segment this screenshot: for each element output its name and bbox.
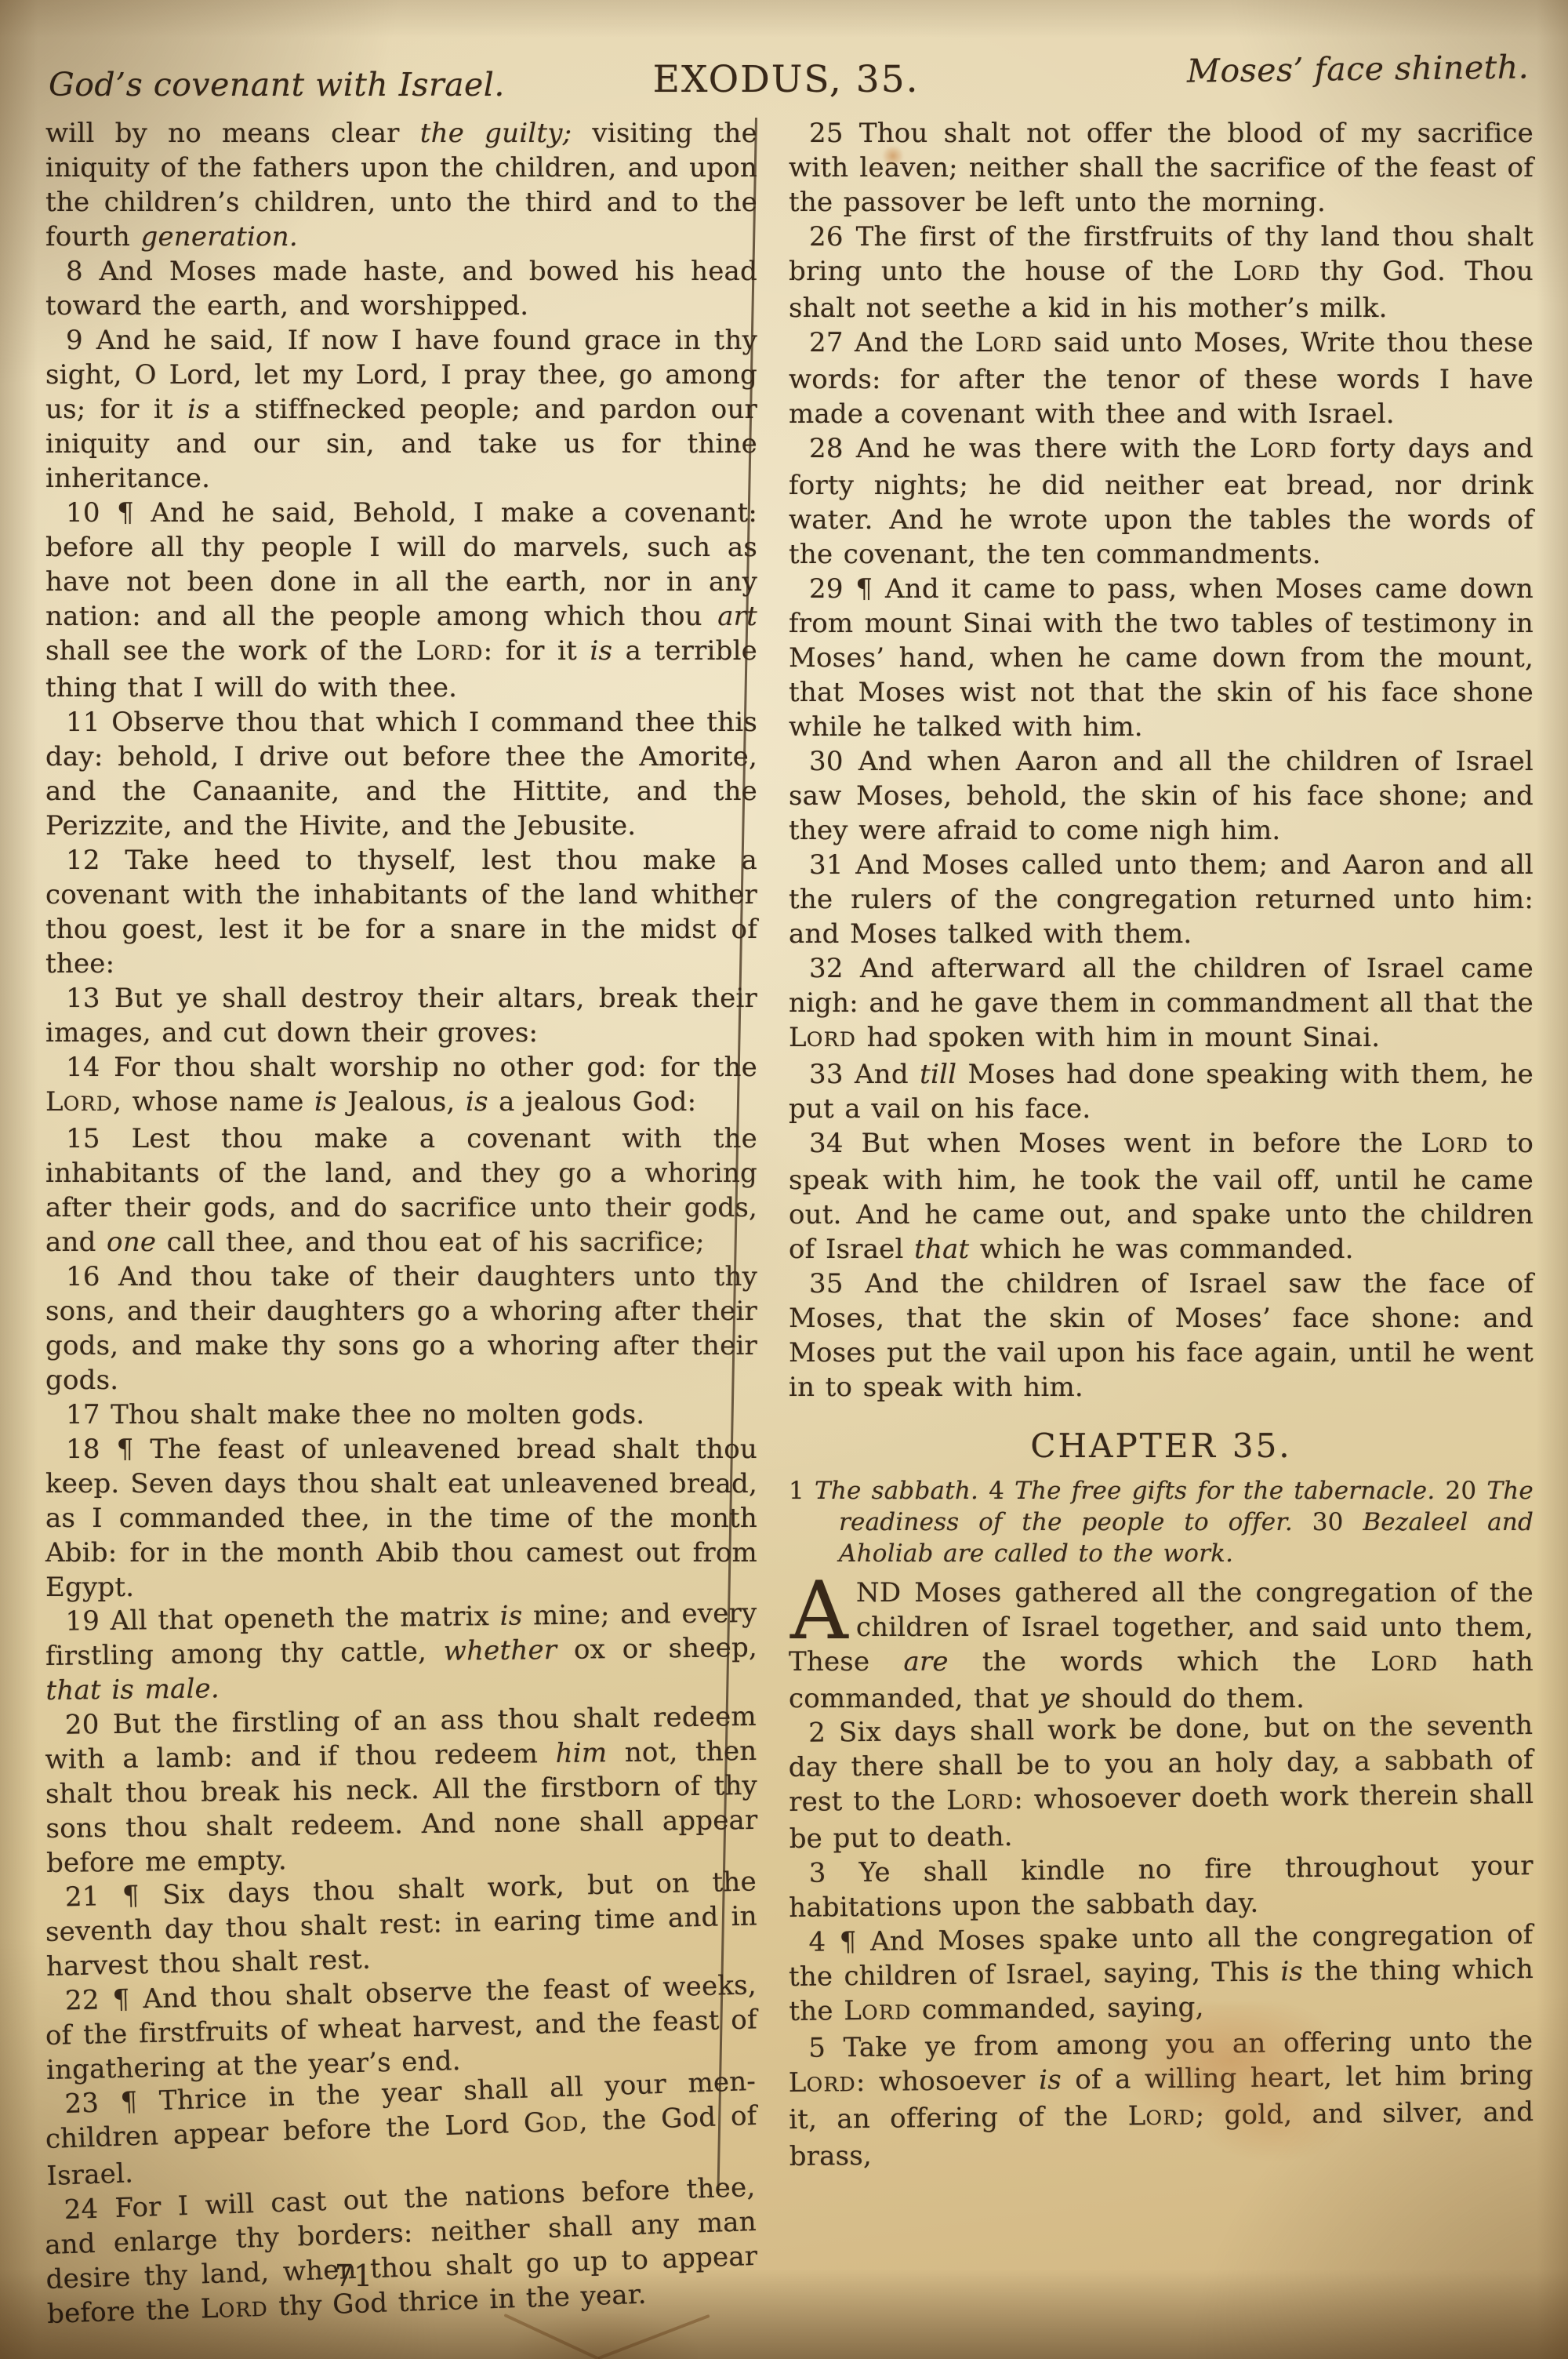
verse-paragraph: 12 Take heed to thyself, lest thou make … [45, 843, 757, 981]
verse-paragraph: 24 For I will cast out the nations befor… [43, 2170, 759, 2334]
verse-paragraph: 19 All that openeth the matrix is mine; … [45, 1596, 758, 1708]
running-head-left: God’s covenant with Israel. [49, 66, 505, 104]
verse-paragraph: 20 But the firstling of an ass thou shal… [45, 1699, 759, 1881]
verse-paragraph: AND Moses gathered all the congregation … [789, 1576, 1534, 1716]
verse-paragraph: 18 ¶ The feast of unleavened bread shalt… [45, 1432, 757, 1605]
page-number: 71 [303, 2259, 405, 2293]
chapter-summary: 1 The sabbath. 4 The free gifts for the … [789, 1475, 1534, 1569]
verse-paragraph: 21 ¶ Six days thou shalt work, but on th… [45, 1864, 759, 1984]
verse-paragraph: 8 And Moses made haste, and bowed his he… [45, 254, 757, 323]
verse-paragraph: 27 And the LORD said unto Moses, Write t… [789, 325, 1534, 431]
verse-paragraph: 16 And thou take of their daughters unto… [45, 1259, 757, 1398]
verse-paragraph: 33 And till Moses had done speaking with… [789, 1057, 1534, 1126]
verse-paragraph: will by no means clear the guilty; visit… [45, 116, 757, 254]
chapter-heading: CHAPTER 35. [789, 1427, 1534, 1466]
page-content: God’s covenant with Israel. EXODUS, 35. … [0, 0, 1568, 2359]
verse-paragraph: 17 Thou shalt make thee no molten gods. [45, 1398, 757, 1432]
verse-paragraph: 32 And afterward all the children of Isr… [789, 951, 1534, 1057]
running-head-right: Moses’ face shineth. [1187, 48, 1530, 89]
verse-paragraph: 26 The first of the firstfruits of thy l… [789, 220, 1534, 325]
verse-paragraph: 31 And Moses called unto them; and Aaron… [789, 848, 1534, 951]
verse-paragraph: 29 ¶ And it came to pass, when Moses cam… [789, 572, 1534, 744]
verse-paragraph: 11 Observe thou that which I command the… [45, 705, 757, 843]
verse-paragraph: 4 ¶ And Moses spake unto all the congreg… [788, 1917, 1534, 2031]
verse-paragraph: 14 For thou shalt worship no other god: … [45, 1050, 757, 1121]
verse-paragraph: 15 Lest thou make a covenant with the in… [45, 1121, 757, 1259]
text-column-right: 25 Thou shalt not offer the blood of my … [789, 116, 1534, 2174]
verse-paragraph: 13 But ye shall destroy their altars, br… [45, 981, 757, 1050]
verse-paragraph: 30 And when Aaron and all the children o… [789, 744, 1534, 848]
verse-paragraph: 28 And he was there with the LORD forty … [789, 431, 1534, 572]
verse-paragraph: 3 Ye shall kindle no fire throughout you… [789, 1848, 1534, 1925]
verse-paragraph: 35 And the children of Israel saw the fa… [789, 1267, 1534, 1405]
text-column-left: will by no means clear the guilty; visit… [45, 116, 757, 2334]
verse-paragraph: 9 And he said, If now I have found grace… [45, 323, 757, 496]
running-head: God’s covenant with Israel. EXODUS, 35. … [49, 58, 1529, 113]
page-heading: EXODUS, 35. [653, 58, 920, 101]
verse-paragraph: 2 Six days shall work be done, but on th… [788, 1708, 1534, 1856]
scanned-bible-page: God’s covenant with Israel. EXODUS, 35. … [0, 0, 1568, 2359]
verse-paragraph: 25 Thou shalt not offer the blood of my … [789, 116, 1534, 220]
verse-paragraph: 5 Take ye from among you an offering unt… [788, 2023, 1534, 2174]
verse-paragraph: 10 ¶ And he said, Behold, I make a coven… [45, 496, 757, 705]
verse-paragraph: 34 But when Moses went in before the LOR… [789, 1126, 1534, 1267]
